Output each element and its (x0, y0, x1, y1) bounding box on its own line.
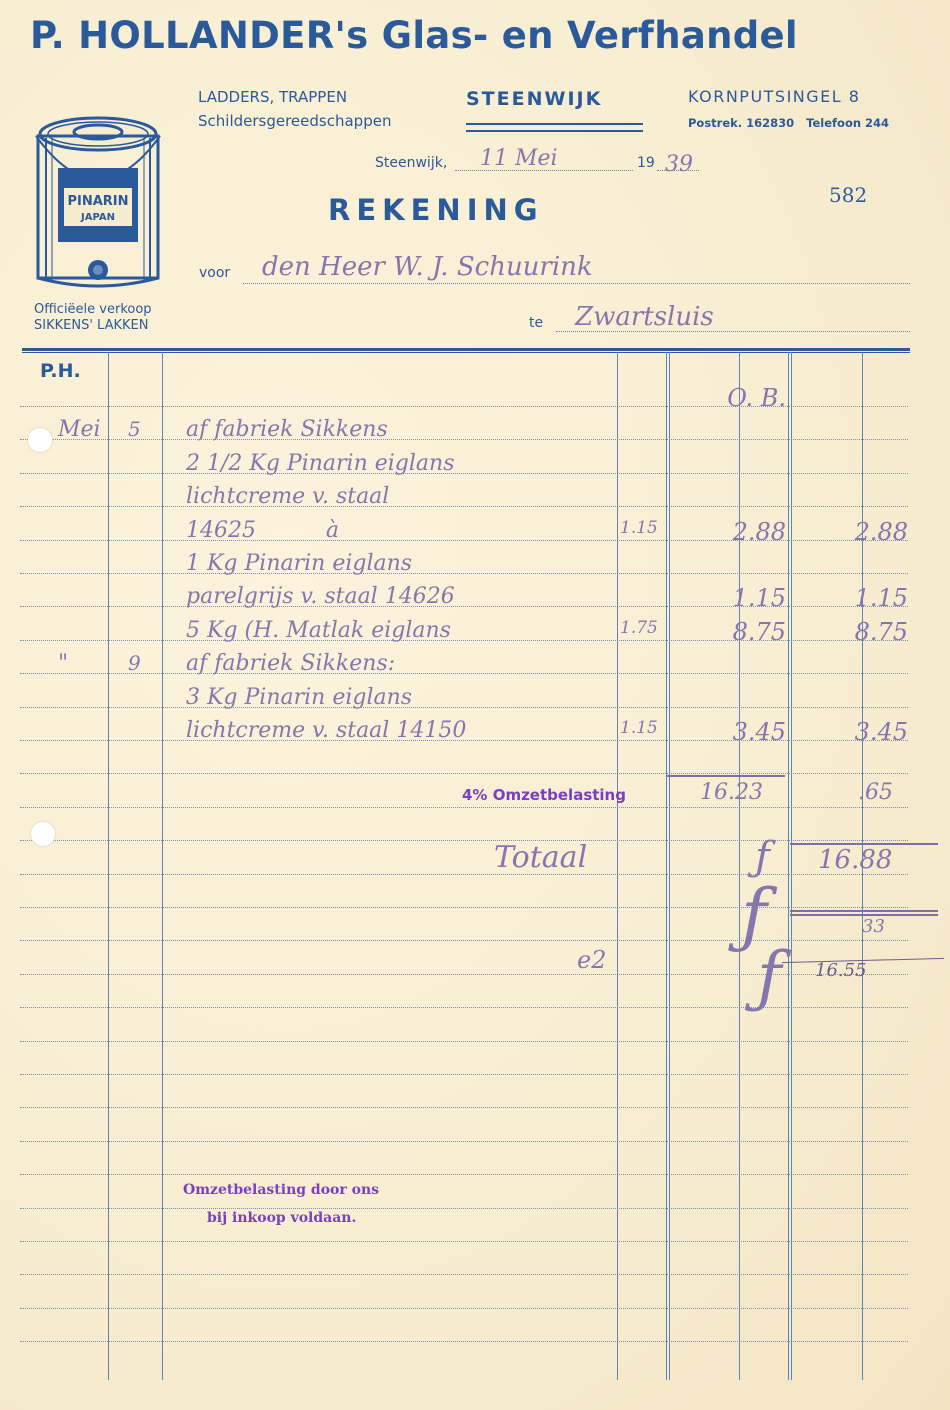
entry-amount: 8.75 (690, 618, 786, 646)
total-label: Totaal (494, 840, 587, 875)
ruled-line (20, 840, 908, 841)
ruled-line (20, 1341, 908, 1342)
entry-month: Mei (58, 417, 108, 442)
net-amount: 16.55 (815, 960, 867, 981)
entry-amount: 1.15 (690, 584, 786, 612)
voor-label: voor (199, 265, 230, 281)
ruled-line (20, 874, 908, 875)
year-prefix: 19 (637, 155, 655, 171)
tax-amount: .65 (858, 780, 893, 805)
note-mark: e2 (577, 946, 606, 974)
business-line-tools: Schildersgereedschappen (198, 112, 391, 130)
paint-can-icon: PINARIN JAPAN (30, 112, 166, 292)
tax-stamp: 4% Omzetbelasting (462, 786, 626, 804)
recipient-place: Zwartsluis (575, 302, 714, 332)
logo-caption-official-sale: Officiëele verkoop (34, 302, 152, 317)
recipient-dotted-line (243, 283, 910, 284)
ruled-line (20, 1141, 908, 1142)
svg-text:JAPAN: JAPAN (80, 212, 115, 223)
ruled-line (20, 1208, 908, 1209)
logo-caption-sikkens: SIKKENS' LAKKEN (34, 318, 148, 333)
entry-day: 5 (128, 417, 158, 441)
entry-amount: 3.45 (690, 718, 786, 746)
tax-base-amount: 16.23 (700, 780, 763, 805)
date-label: Steenwijk, (375, 155, 447, 171)
ledger-top-rule (22, 348, 910, 353)
entry-description: parelgrijs v. staal 14626 (186, 584, 616, 609)
entry-description: 2 1/2 Kg Pinarin eiglans (186, 451, 616, 476)
entry-amount: 2.88 (690, 518, 786, 546)
entry-total: 3.45 (800, 718, 908, 746)
ruled-line (20, 1241, 908, 1242)
city-underline (466, 123, 643, 125)
city-underline-2 (466, 130, 643, 132)
entry-amount: O. B. (690, 384, 786, 412)
invoice-number: 582 (829, 183, 867, 207)
entry-description: lichtcreme v. staal 14150 (186, 718, 616, 743)
footer-stamp-line2: bij inkoop voldaan. (207, 1210, 356, 1226)
date-day-month: 11 Mei (480, 146, 558, 171)
entry-description: lichtcreme v. staal (186, 484, 616, 509)
ruled-line (20, 1308, 908, 1309)
total-double-underline (790, 910, 938, 912)
footer-stamp-line1: Omzetbelasting door ons (183, 1182, 379, 1198)
entry-month: " (58, 651, 108, 676)
address: KORNPUTSINGEL 8 (688, 87, 860, 106)
business-line-ladders: LADDERS, TRAPPEN (198, 88, 347, 106)
entry-total: 8.75 (800, 618, 908, 646)
punch-hole (28, 428, 52, 452)
recipient-name: den Heer W. J. Schuurink (262, 252, 593, 282)
ruled-line (20, 1107, 908, 1108)
ruled-line (20, 1274, 908, 1275)
entry-description: af fabriek Sikkens: (186, 651, 616, 676)
entry-total: 1.15 (800, 584, 908, 612)
ruled-line (20, 807, 908, 808)
contact-info: Postrek. 162830 Telefoon 244 (688, 116, 889, 130)
ruled-line (20, 1074, 908, 1075)
entry-description: 5 Kg (H. Matlak eiglans (186, 618, 616, 643)
te-label: te (529, 315, 543, 331)
entry-description: 3 Kg Pinarin eiglans (186, 685, 616, 710)
svg-text:PINARIN: PINARIN (67, 194, 128, 209)
invoice-title: REKENING (328, 193, 544, 227)
entry-unit-price: 1.75 (620, 618, 666, 638)
subtotal-underline (667, 775, 785, 777)
punch-hole (31, 822, 55, 846)
entry-description: 1 Kg Pinarin eiglans (186, 551, 616, 576)
deduction-amount: 33 (862, 916, 885, 937)
entry-description: 14625 à (186, 518, 616, 543)
city-name: STEENWIJK (466, 88, 602, 110)
company-name: P. HOLLANDER's Glas- en Verfhandel (30, 14, 798, 57)
entry-unit-price: 1.15 (620, 718, 666, 738)
ruled-line (20, 1174, 908, 1175)
ruled-line (20, 1041, 908, 1042)
total-amount: 16.88 (818, 845, 892, 875)
entry-description: af fabriek Sikkens (186, 417, 616, 442)
initials-header: P.H. (40, 360, 81, 382)
guilder-symbol-net: ƒ (757, 944, 781, 1010)
year-suffix: 39 (665, 152, 693, 177)
ruled-line (20, 773, 908, 774)
entry-total: 2.88 (800, 518, 908, 546)
ruled-line (20, 907, 908, 908)
entry-day: 9 (128, 651, 158, 675)
entry-unit-price: 1.15 (620, 518, 666, 538)
